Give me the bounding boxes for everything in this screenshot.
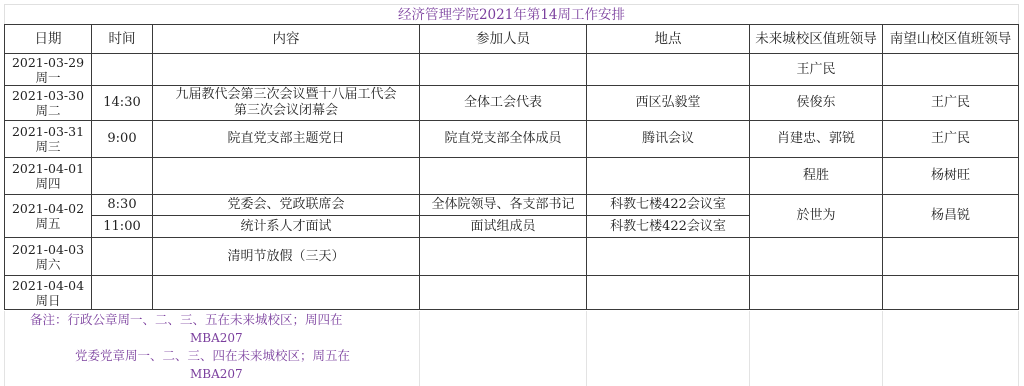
table-row: 2021-04-04周日	[5, 276, 1019, 310]
weilaicheng-leader-cell: 侯俊东	[750, 86, 883, 121]
table-row: 2021-03-29周一 王广民	[5, 54, 1019, 86]
content-cell	[153, 158, 420, 195]
nanwangshan-leader-cell	[883, 54, 1019, 86]
remarks-line: 备注：行政公章周一、二、三、五在未来城校区；周四在	[4, 311, 419, 329]
date-cell: 2021-04-03周六	[5, 238, 92, 276]
date-text: 2021-04-01	[5, 161, 91, 176]
remarks-line: 党委党章周一、二、三、四在未来城校区；周五在	[4, 347, 419, 365]
gridline-faint	[882, 311, 883, 386]
date-text: 2021-04-03	[5, 242, 91, 257]
col-header-content: 内容	[153, 25, 420, 54]
gridline-faint	[586, 311, 587, 386]
attendees-cell: 院直党支部全体成员	[420, 121, 587, 158]
col-header-weilaicheng-leader: 未来城校区值班领导	[750, 25, 883, 54]
weekday-text: 周三	[5, 139, 91, 154]
weekday-text: 周五	[5, 216, 91, 231]
gridline-faint	[419, 311, 420, 386]
content-cell: 清明节放假（三天）	[153, 238, 420, 276]
content-line: 九届教代会第三次会议暨十八届工代会	[153, 87, 419, 103]
weekday-text: 周二	[5, 103, 91, 118]
col-header-attendees: 参加人员	[420, 25, 587, 54]
location-cell: 腾讯会议	[587, 121, 750, 158]
content-cell: 九届教代会第三次会议暨十八届工代会第三次会议闭幕会	[153, 86, 420, 121]
nanwangshan-leader-cell: 杨昌锐	[883, 195, 1019, 238]
date-cell: 2021-03-31周三	[5, 121, 92, 158]
attendees-cell: 全体工会代表	[420, 86, 587, 121]
table-row: 2021-04-01周四 程胜 杨树旺	[5, 158, 1019, 195]
time-cell: 14:30	[92, 86, 153, 121]
content-cell: 党委会、党政联席会	[153, 195, 420, 216]
weilaicheng-leader-cell: 程胜	[750, 158, 883, 195]
attendees-cell	[420, 238, 587, 276]
table-row: 2021-04-02周五 8:30 党委会、党政联席会 全体院领导、各支部书记 …	[5, 195, 1019, 216]
location-cell: 西区弘毅堂	[587, 86, 750, 121]
location-cell	[587, 238, 750, 276]
nanwangshan-leader-cell: 杨树旺	[883, 158, 1019, 195]
remarks-line: MBA207	[4, 329, 419, 347]
date-text: 2021-04-02	[5, 201, 91, 216]
attendees-cell	[420, 158, 587, 195]
time-cell	[92, 158, 153, 195]
date-text: 2021-03-30	[5, 88, 91, 103]
weilaicheng-leader-cell: 於世为	[750, 195, 883, 238]
attendees-cell: 全体院领导、各支部书记	[420, 195, 587, 216]
weekday-text: 周六	[5, 257, 91, 272]
date-cell: 2021-04-02周五	[5, 195, 92, 238]
remarks-line: MBA207	[4, 365, 419, 383]
weekday-text: 周四	[5, 176, 91, 191]
time-cell: 11:00	[92, 216, 153, 238]
col-header-location: 地点	[587, 25, 750, 54]
col-header-date: 日期	[5, 25, 92, 54]
date-cell: 2021-03-30周二	[5, 86, 92, 121]
location-cell	[587, 276, 750, 310]
weilaicheng-leader-cell: 肖建忠、郭锐	[750, 121, 883, 158]
location-cell	[587, 158, 750, 195]
attendees-cell	[420, 276, 587, 310]
sheet-title: 经济管理学院2021年第14周工作安排	[5, 5, 1019, 25]
weilaicheng-leader-cell: 王广民	[750, 54, 883, 86]
nanwangshan-leader-cell: 王广民	[883, 121, 1019, 158]
col-header-nanwangshan-leader: 南望山校区值班领导	[883, 25, 1019, 54]
col-header-time: 时间	[92, 25, 153, 54]
content-line: 第三次会议闭幕会	[153, 103, 419, 119]
remarks-block: 备注：行政公章周一、二、三、五在未来城校区；周四在 MBA207 党委党章周一、…	[4, 311, 419, 383]
content-cell	[153, 54, 420, 86]
date-text: 2021-03-29	[5, 55, 91, 70]
location-cell: 科教七楼422会议室	[587, 216, 750, 238]
location-cell: 科教七楼422会议室	[587, 195, 750, 216]
time-cell	[92, 54, 153, 86]
weekday-text: 周一	[5, 70, 91, 85]
weekday-text: 周日	[5, 293, 91, 308]
gridline-faint	[1018, 311, 1019, 386]
table-row: 2021-04-03周六 清明节放假（三天）	[5, 238, 1019, 276]
table-row: 2021-03-30周二 14:30 九届教代会第三次会议暨十八届工代会第三次会…	[5, 86, 1019, 121]
time-cell: 9:00	[92, 121, 153, 158]
gridline-faint	[749, 311, 750, 386]
time-cell	[92, 238, 153, 276]
weilaicheng-leader-cell	[750, 238, 883, 276]
attendees-cell	[420, 54, 587, 86]
attendees-cell: 面试组成员	[420, 216, 587, 238]
content-cell	[153, 276, 420, 310]
schedule-sheet: 经济管理学院2021年第14周工作安排 日期 时间 内容 参加人员 地点 未来城…	[4, 4, 1018, 310]
schedule-table: 经济管理学院2021年第14周工作安排 日期 时间 内容 参加人员 地点 未来城…	[4, 4, 1019, 310]
table-row: 2021-03-31周三 9:00 院直党支部主题党日 院直党支部全体成员 腾讯…	[5, 121, 1019, 158]
date-text: 2021-04-04	[5, 278, 91, 293]
date-text: 2021-03-31	[5, 124, 91, 139]
nanwangshan-leader-cell: 王广民	[883, 86, 1019, 121]
date-cell: 2021-04-04周日	[5, 276, 92, 310]
content-cell: 统计系人才面试	[153, 216, 420, 238]
nanwangshan-leader-cell	[883, 238, 1019, 276]
location-cell	[587, 54, 750, 86]
nanwangshan-leader-cell	[883, 276, 1019, 310]
weilaicheng-leader-cell	[750, 276, 883, 310]
date-cell: 2021-04-01周四	[5, 158, 92, 195]
content-cell: 院直党支部主题党日	[153, 121, 420, 158]
date-cell: 2021-03-29周一	[5, 54, 92, 86]
time-cell	[92, 276, 153, 310]
time-cell: 8:30	[92, 195, 153, 216]
